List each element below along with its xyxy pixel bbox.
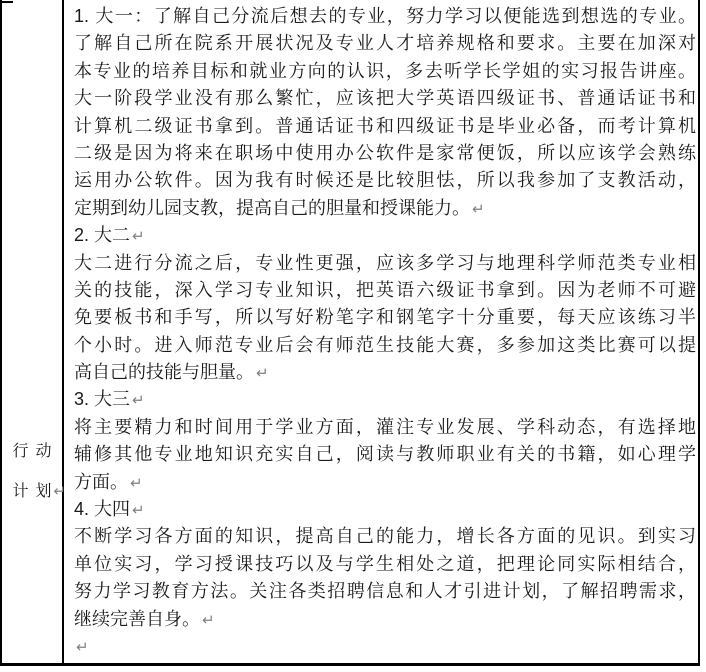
row-header-label: 行动 计划 ↵: [2, 432, 62, 512]
line-text: 方面。: [74, 472, 128, 492]
paragraph-mark: ↵: [256, 365, 269, 382]
line-text: 大二进行分流之后，专业性更强，应该多学习与地理科学师范类专业相: [74, 253, 696, 273]
text-line: 努力学习教育方法。关注各类招聘信息和人才引进计划，了解招聘需求，: [74, 578, 696, 605]
line-text: 3. 大三: [74, 389, 130, 409]
line-text: 努力学习教育方法。关注各类招聘信息和人才引进计划，了解招聘需求，: [74, 581, 696, 601]
line-text: 不断学习各方面的知识，提高自己的能力，增长各方面的见识。到实习: [74, 526, 696, 546]
paragraph-mark: ↵: [53, 472, 66, 512]
text-line: 单位实习，学习授课技巧以及与学生相处之道，把理论同实际相结合，: [74, 551, 696, 578]
text-line: 4. 大四↵: [74, 496, 696, 523]
text-line: 运用办公软件。因为我有时候还是比较胆怯，所以我参加了支教活动，: [74, 167, 696, 194]
text-line: 高自己的技能与胆量。↵: [74, 359, 696, 386]
text-line: 大一阶段学业没有那么繁忙，应该把大学英语四级证书、普通话证书和: [74, 85, 696, 112]
row-header-line-2: 计划 ↵: [2, 472, 62, 512]
text-line: 免要板书和手写，所以写好粉笔字和钢笔字十分重要，每天应该练习半: [74, 304, 696, 331]
line-text: 二级是因为将来在职场中使用办公软件是家常便饭，所以应该学会熟练: [74, 143, 696, 163]
plan-content-cell: 1. 大一：了解自己分流后想去的专业，努力学习以便能选到想选的专业。了解自己所在…: [64, 0, 698, 663]
text-line: 大二进行分流之后，专业性更强，应该多学习与地理科学师范类专业相: [74, 250, 696, 277]
row-header-line-2-text: 计划: [12, 483, 58, 500]
line-text: 2. 大二: [74, 225, 130, 245]
action-plan-table: 行动 计划 ↵ 1. 大一：了解自己分流后想去的专业，努力学习以便能选到想选的专…: [0, 0, 700, 666]
line-text: 高自己的技能与胆量。: [74, 362, 254, 382]
line-text: 本专业的培养目标和就业方向的认识，多去听学长学姐的实习报告讲座。: [74, 61, 696, 81]
paragraph-mark: ↵: [132, 228, 145, 245]
text-line: 将主要精力和时间用于学业方面，灌注专业发展、学科动态，有选择地: [74, 414, 696, 441]
text-line: 继续完善自身。↵: [74, 606, 696, 633]
text-line: 方面。↵: [74, 469, 696, 496]
text-line: 计算机二级证书拿到。普通话证书和四级证书是毕业必备，而考计算机: [74, 113, 696, 140]
paragraph-mark: ↵: [132, 502, 145, 519]
line-text: 运用办公软件。因为我有时候还是比较胆怯，所以我参加了支教活动，: [74, 170, 696, 190]
line-text: 辅修其他专业地知识充实自己，阅读与教师职业有关的书籍，如心理学: [74, 444, 696, 464]
text-line: 关的技能，深入学习专业知识，把英语六级证书拿到。因为老师不可避: [74, 277, 696, 304]
document-page: 行动 计划 ↵ 1. 大一：了解自己分流后想去的专业，努力学习以便能选到想选的专…: [0, 0, 706, 672]
line-text: 免要板书和手写，所以写好粉笔字和钢笔字十分重要，每天应该练习半: [74, 307, 696, 327]
text-line: 2. 大二↵: [74, 222, 696, 249]
line-text: 关的技能，深入学习专业知识，把英语六级证书拿到。因为老师不可避: [74, 280, 696, 300]
line-text: 计算机二级证书拿到。普通话证书和四级证书是毕业必备，而考计算机: [74, 116, 696, 136]
line-text: 继续完善自身。: [74, 609, 200, 629]
text-line: 二级是因为将来在职场中使用办公软件是家常便饭，所以应该学会熟练: [74, 140, 696, 167]
paragraph-mark: ↵: [130, 475, 143, 492]
text-line: 本专业的培养目标和就业方向的认识，多去听学长学姐的实习报告讲座。: [74, 58, 696, 85]
line-text: 定期到幼儿园支教，提高自己的胆量和授课能力。: [74, 198, 470, 218]
text-line: 1. 大一：了解自己分流后想去的专业，努力学习以便能选到想选的专业。: [74, 3, 696, 30]
line-text: 大一阶段学业没有那么繁忙，应该把大学英语四级证书、普通话证书和: [74, 88, 696, 108]
row-header-cell: 行动 计划 ↵: [2, 0, 64, 663]
line-text: 4. 大四: [74, 499, 130, 519]
line-text: 单位实习，学习授课技巧以及与学生相处之道，把理论同实际相结合，: [74, 554, 696, 574]
line-text: 了解自己所在院系开展状况及专业人才培养规格和要求。主要在加深对: [74, 33, 696, 53]
text-line: ↵: [74, 633, 696, 660]
line-text: 将主要精力和时间用于学业方面，灌注专业发展、学科动态，有选择地: [74, 417, 696, 437]
text-line: 定期到幼儿园支教，提高自己的胆量和授课能力。↵: [74, 195, 696, 222]
line-text: 个小时。进入师范专业后会有师范生技能大赛，多参加这类比赛可以提: [74, 335, 696, 355]
paragraph-mark: ↵: [76, 639, 89, 656]
row-header-line-1: 行动: [2, 432, 62, 472]
text-line: 个小时。进入师范专业后会有师范生技能大赛，多参加这类比赛可以提: [74, 332, 696, 359]
paragraph-mark: ↵: [132, 392, 145, 409]
text-line: 辅修其他专业地知识充实自己，阅读与教师职业有关的书籍，如心理学: [74, 441, 696, 468]
text-line: 了解自己所在院系开展状况及专业人才培养规格和要求。主要在加深对: [74, 30, 696, 57]
paragraph-mark: ↵: [472, 201, 485, 218]
line-text: 1. 大一：了解自己分流后想去的专业，努力学习以便能选到想选的专业。: [74, 6, 696, 26]
text-line: 不断学习各方面的知识，提高自己的能力，增长各方面的见识。到实习: [74, 523, 696, 550]
text-line: 3. 大三↵: [74, 386, 696, 413]
paragraph-mark: ↵: [202, 612, 215, 629]
table-border-fragment: [0, 1, 13, 3]
